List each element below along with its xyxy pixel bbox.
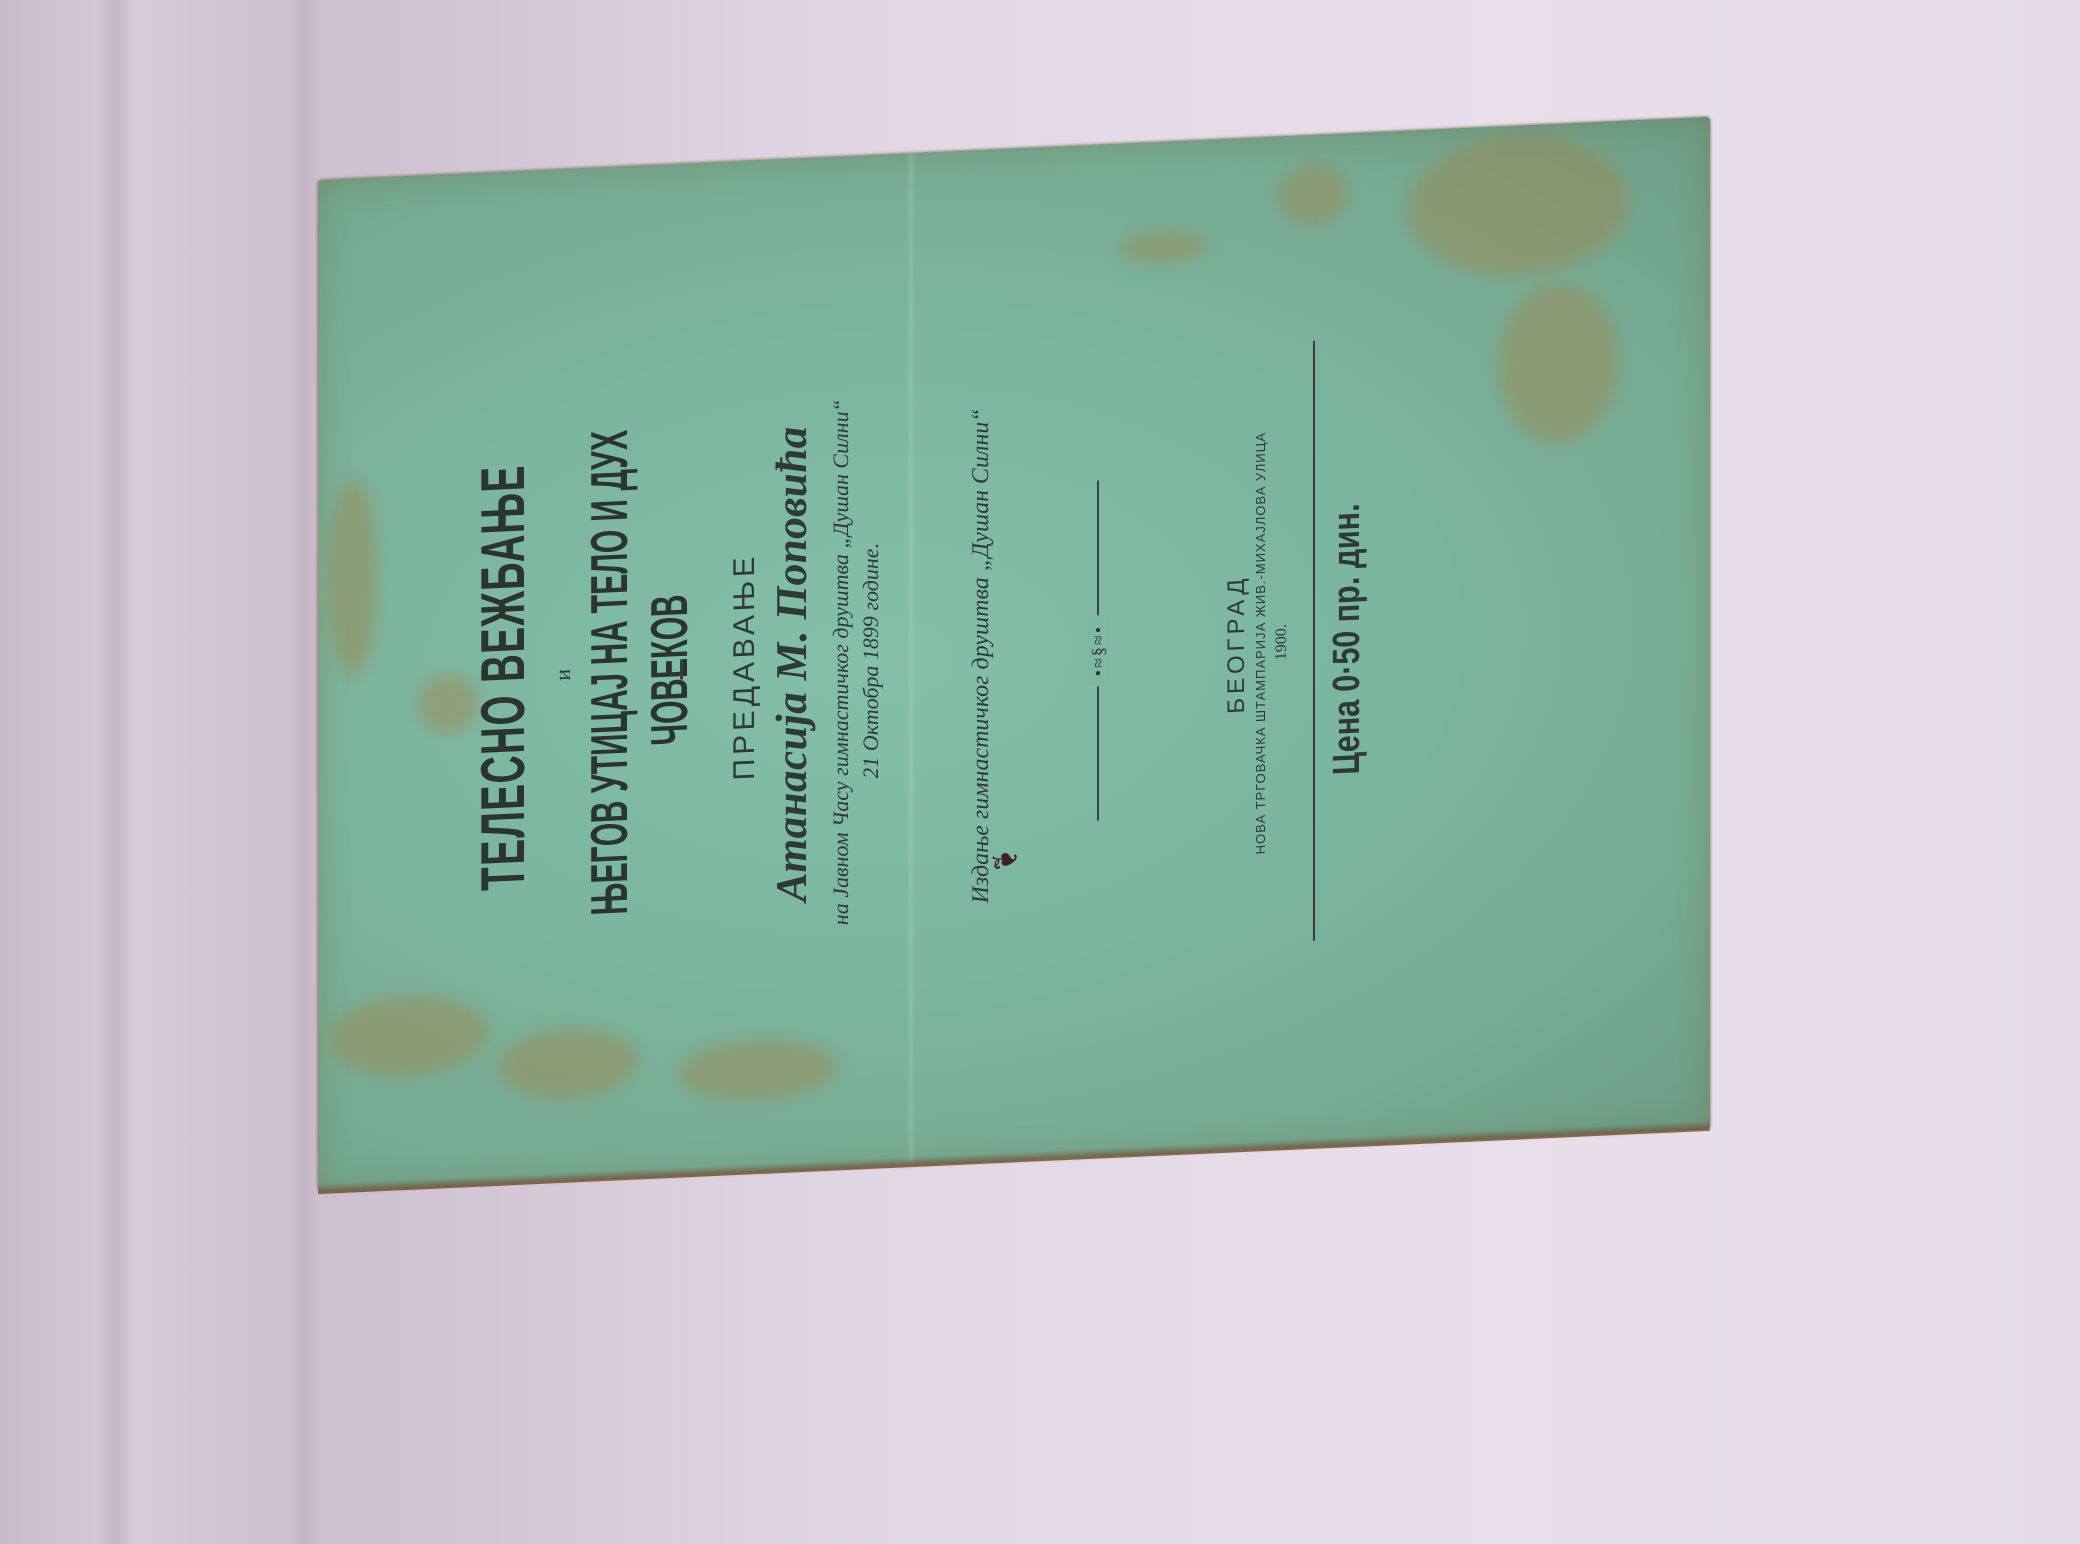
background-fold-shadow	[95, 0, 135, 1544]
publisher: Издање гимнастичког друштва „Душан Силни…	[968, 155, 995, 1156]
date: 21 Октобра 1899 године.	[858, 160, 884, 1161]
title-line-1: ТЕЛЕСНО ВЕЖБАЊЕ	[468, 366, 539, 989]
author: Атанасија М. Поповића	[766, 163, 817, 1165]
booklet-cover: ТЕЛЕСНО ВЕЖБАЊЕ и ЊЕГОВ УТИЦАЈ НА ТЕЛО И…	[318, 117, 1710, 1192]
divider	[1313, 341, 1315, 941]
ornament-icon: •≈§≈•	[1088, 614, 1109, 686]
city: БЕОГРАД	[1223, 144, 1251, 1145]
ornament-divider: •≈§≈•	[1088, 480, 1108, 821]
lecture-label: ПРЕДАВАЊЕ	[728, 166, 762, 1168]
title-conjunction: и	[550, 174, 576, 1175]
cover-text: ТЕЛЕСНО ВЕЖБАЊЕ и ЊЕГОВ УТИЦАЈ НА ТЕЛО И…	[318, 123, 1710, 1186]
venue: на Јавном Часу гимнастичког друштва „Душ…	[828, 162, 854, 1163]
divider	[680, 659, 683, 679]
background-fold-shadow	[290, 0, 320, 1544]
price: Цена 0·50 пр. дин.	[1326, 238, 1369, 1040]
printer: НОВА ТРГОВАЧКА ШТАМПАРИЈА ЖИВ.-МИХАЈЛОВА…	[1253, 143, 1268, 1144]
year: 1900.	[1273, 142, 1291, 1143]
